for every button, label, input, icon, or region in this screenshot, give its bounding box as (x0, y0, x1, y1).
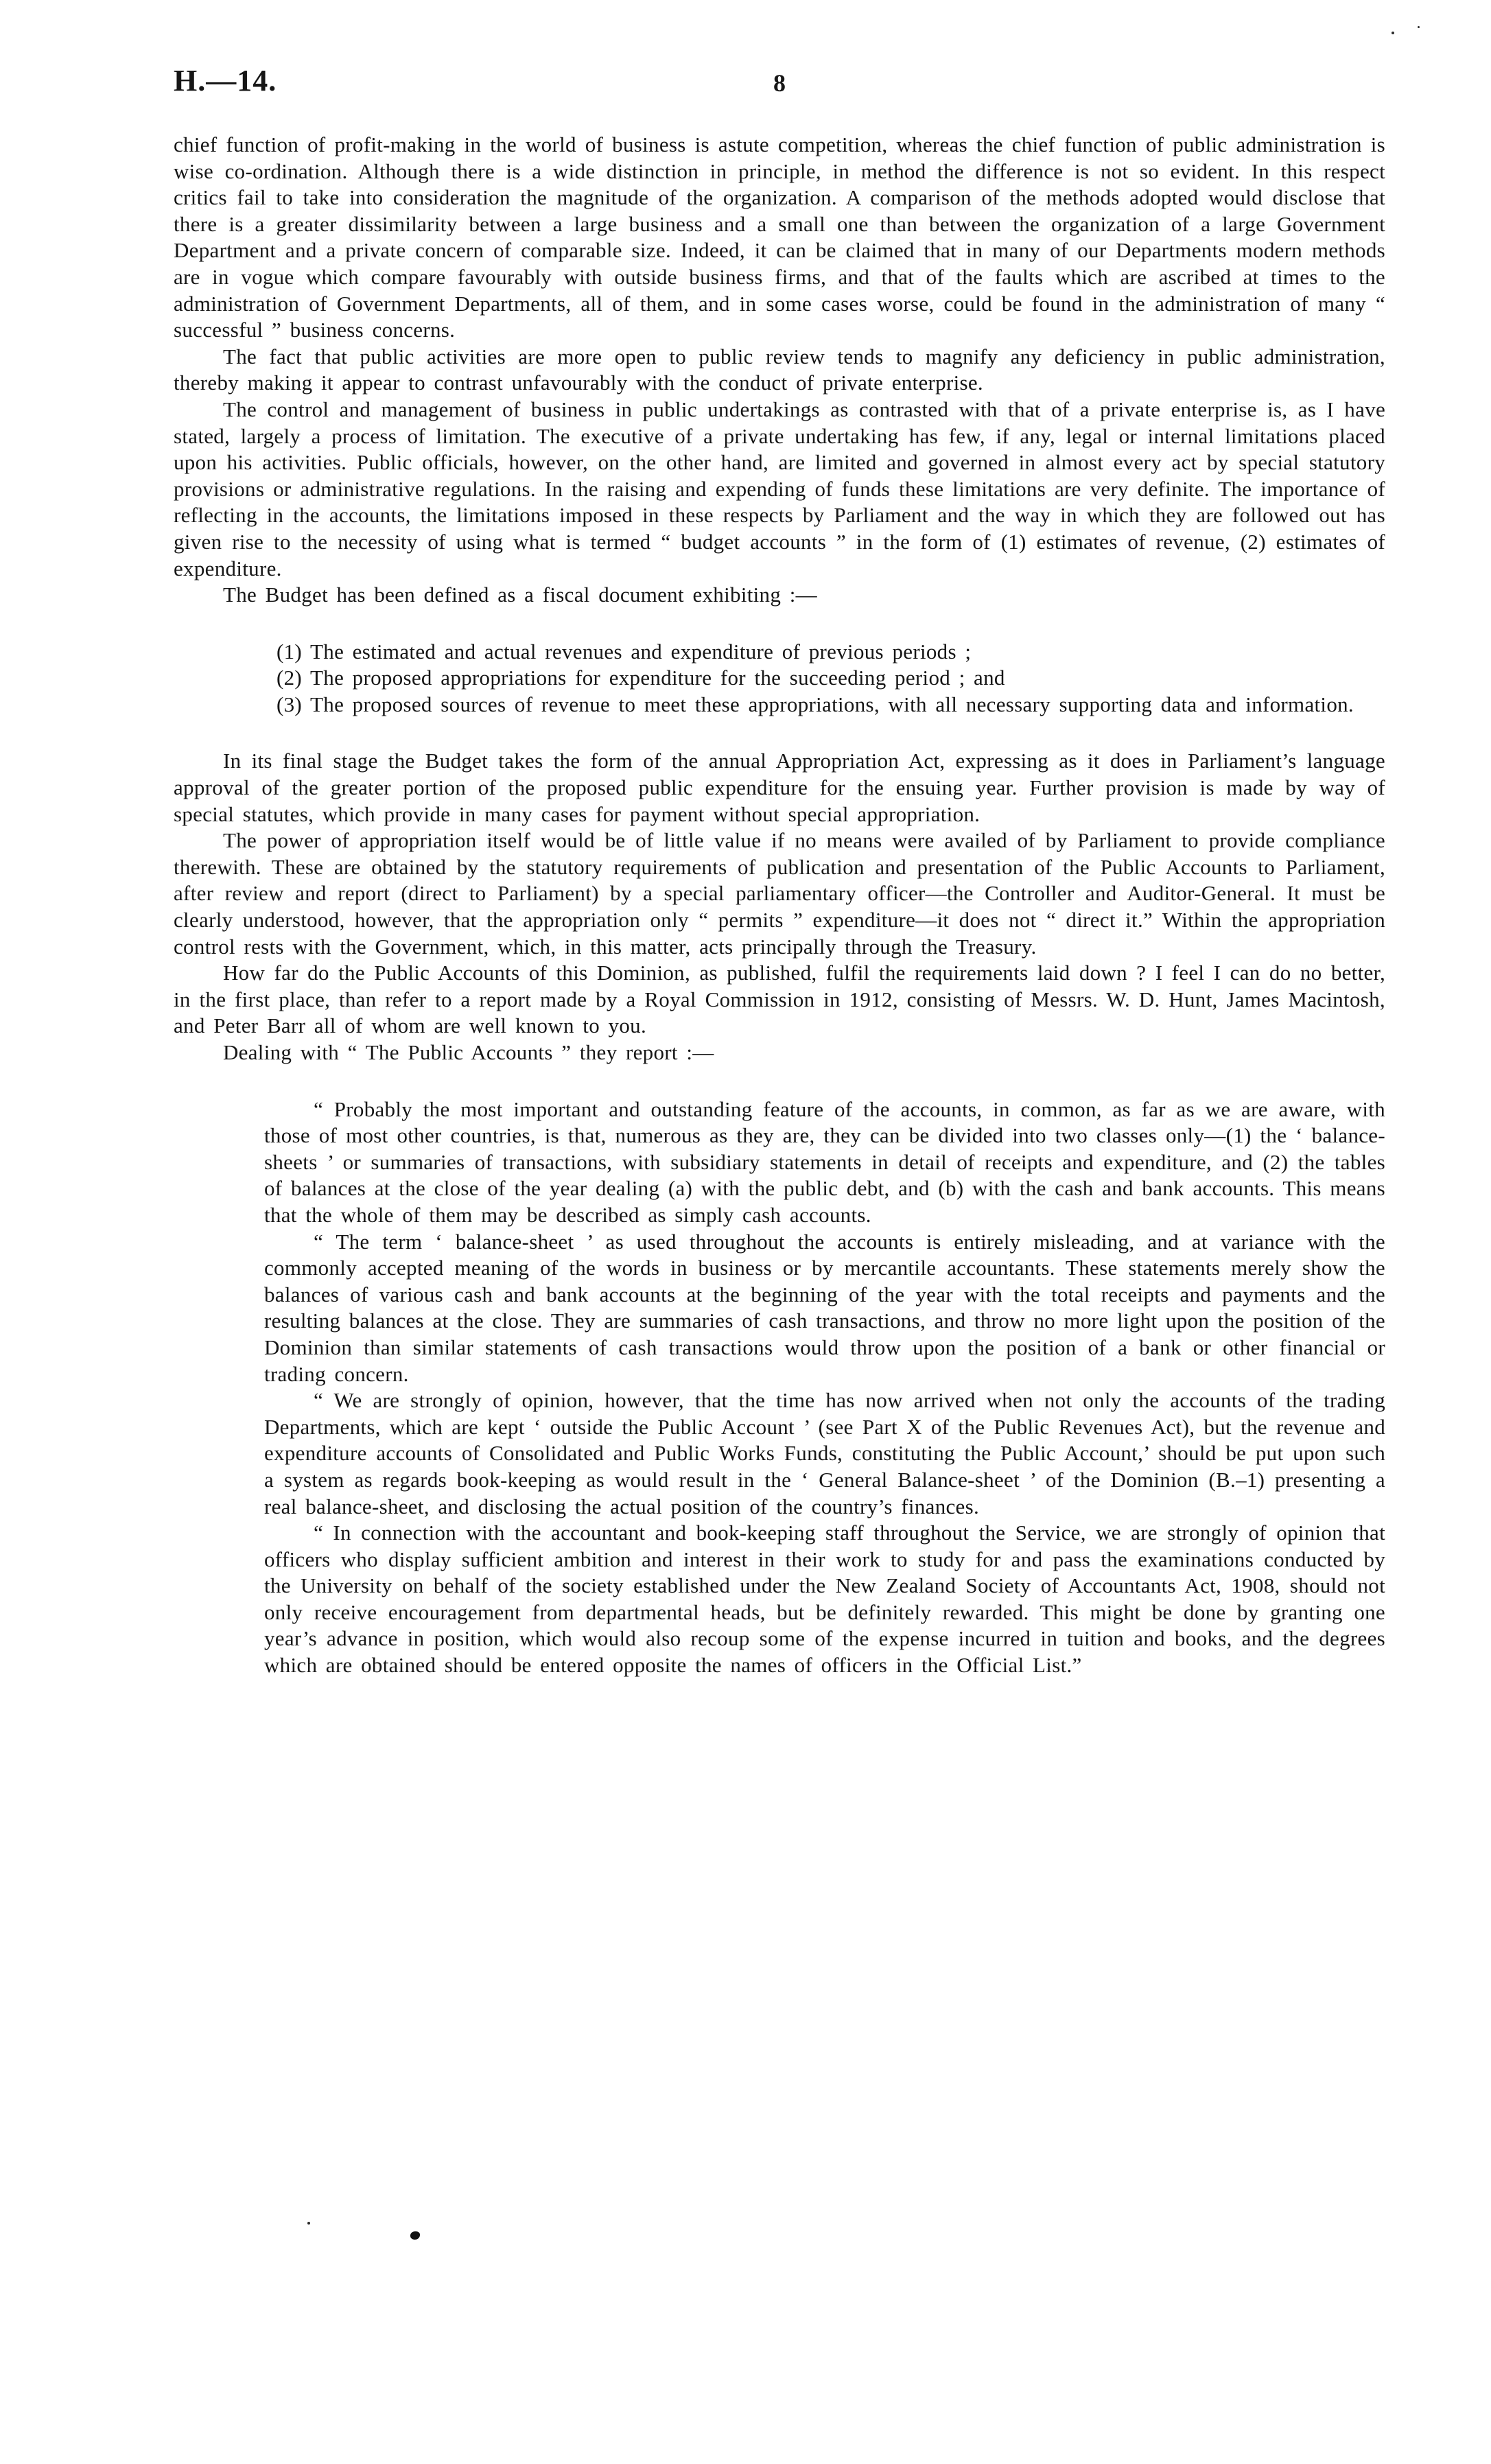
royal-commission-quote-block: “ Probably the most important and outsta… (174, 1096, 1385, 1679)
quote-paragraph: “ The term ‘ balance-sheet ’ as used thr… (264, 1229, 1385, 1388)
body-paragraph: The control and management of business i… (174, 397, 1385, 582)
quote-paragraph: “ We are strongly of opinion, however, t… (264, 1387, 1385, 1520)
page-number: 8 (174, 69, 1385, 97)
quote-paragraph: “ Probably the most important and outsta… (264, 1096, 1385, 1229)
ink-speck (1418, 26, 1420, 28)
list-item: (1) The estimated and actual revenues an… (174, 639, 1385, 666)
body-paragraph: The fact that public activities are more… (174, 344, 1385, 397)
body-paragraph: The Budget has been defined as a fiscal … (174, 582, 1385, 609)
page-header: H.—14. 8 (174, 63, 1385, 132)
list-item: (2) The proposed appropriations for expe… (174, 665, 1385, 692)
body-paragraph: How far do the Public Accounts of this D… (174, 960, 1385, 1040)
ink-speck (307, 2222, 310, 2225)
ink-smudge (410, 2231, 420, 2240)
body-paragraph: The power of appropriation itself would … (174, 828, 1385, 960)
text-column: H.—14. 8 chief function of profit-making… (174, 63, 1385, 1679)
document-body: chief function of profit-making in the w… (174, 132, 1385, 1679)
body-paragraph: chief function of profit-making in the w… (174, 132, 1385, 344)
body-paragraph: In its final stage the Budget takes the … (174, 748, 1385, 828)
list-item: (3) The proposed sources of revenue to m… (174, 692, 1385, 718)
ink-speck (1392, 32, 1394, 34)
quote-paragraph: “ In connection with the accountant and … (264, 1520, 1385, 1679)
body-paragraph: Dealing with “ The Public Accounts ” the… (174, 1040, 1385, 1066)
budget-definition-list: (1) The estimated and actual revenues an… (174, 639, 1385, 718)
document-page: H.—14. 8 chief function of profit-making… (0, 0, 1491, 2464)
